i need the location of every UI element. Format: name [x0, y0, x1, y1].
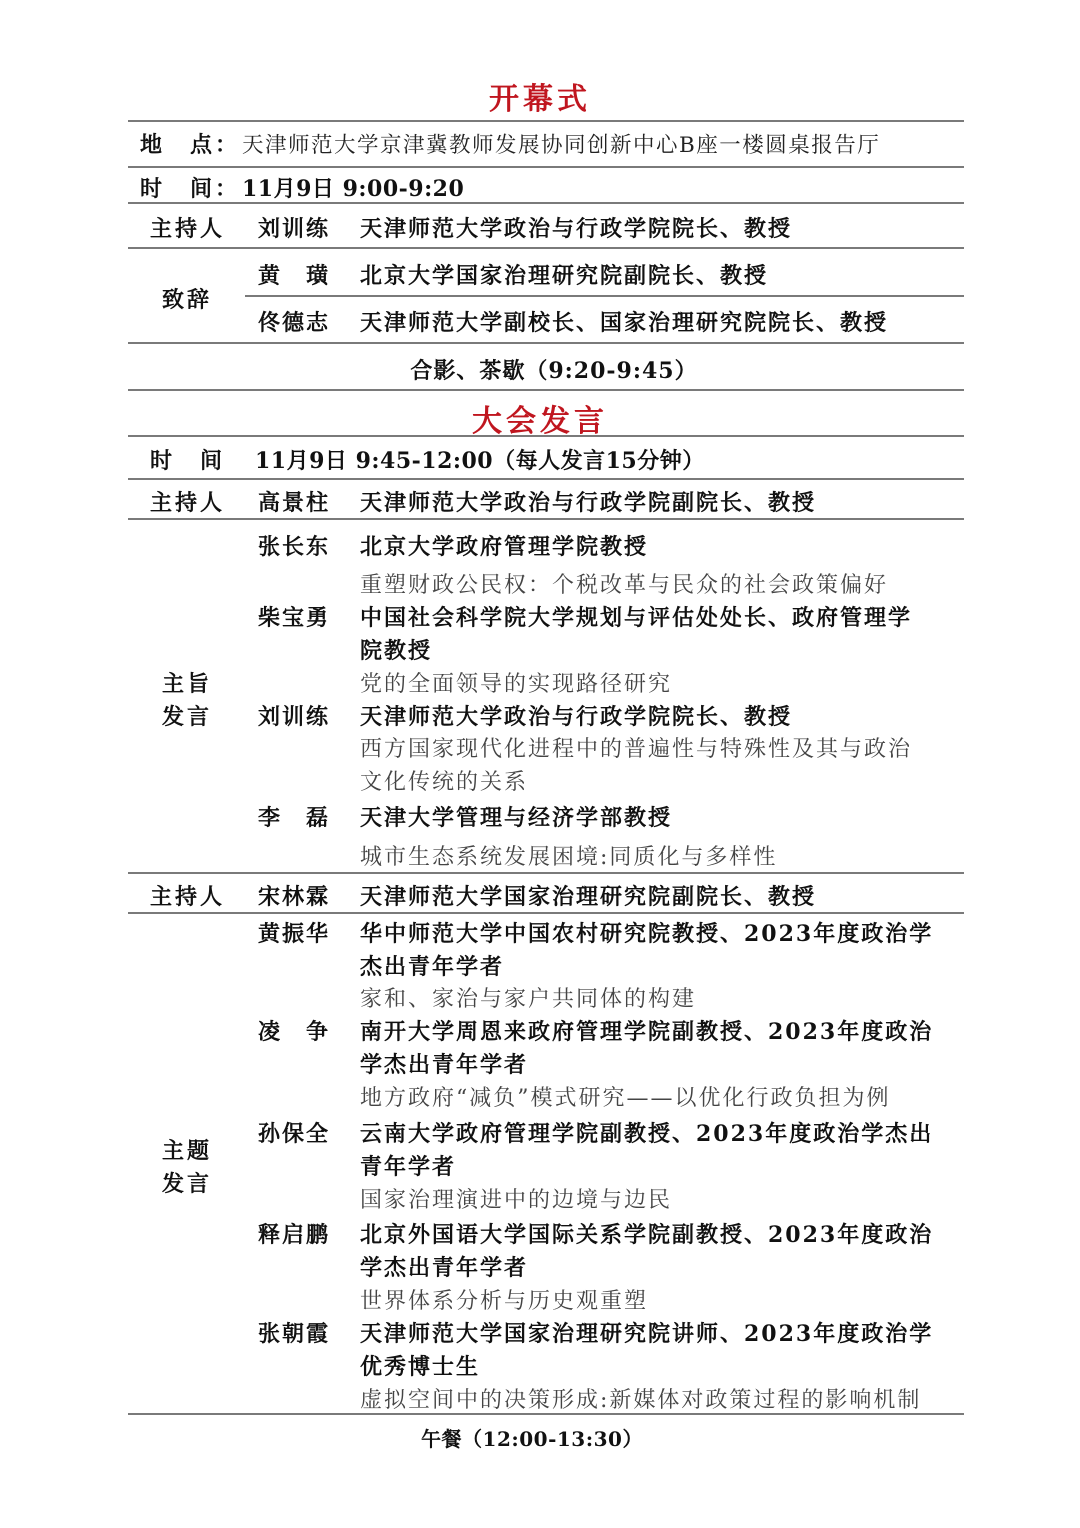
speaker-name: 李 磊 — [258, 801, 330, 832]
host1-role: 主持人 — [150, 486, 225, 517]
speaker-name: 刘训练 — [258, 700, 330, 731]
location-label: 地 点： — [140, 128, 240, 159]
speaker-topic: 虚拟空间中的决策形成:新媒体对政策过程的影响机制 — [360, 1383, 921, 1414]
divider — [128, 166, 964, 168]
host-name: 刘训练 — [258, 212, 330, 243]
break-notice: 合影、茶歇（9:20-9:45） — [14, 354, 1080, 385]
plenary-section-title: 大会发言 — [0, 396, 1080, 440]
speaker-title: 北京外国语大学国际关系学院副教授、2023年度政治 — [360, 1218, 933, 1249]
speaker-name: 张朝霞 — [258, 1317, 330, 1348]
divider — [128, 912, 964, 914]
divider — [128, 478, 964, 480]
divider — [128, 1413, 964, 1415]
host2-name: 宋林霖 — [258, 880, 330, 911]
time-value: 11月9日 9:00-9:20 — [242, 172, 464, 203]
speaker-name: 黄振华 — [258, 917, 330, 948]
speaker-topic: 国家治理演进中的边境与边民 — [360, 1183, 672, 1214]
speaker-name: 释启鹏 — [258, 1218, 330, 1249]
speaker-title: 天津师范大学政治与行政学院院长、教授 — [360, 700, 792, 731]
speaker-title: 南开大学周恩来政府管理学院副教授、2023年度政治 — [360, 1015, 933, 1046]
opening-section-title: 开幕式 — [0, 74, 1080, 118]
speaker-topic: 西方国家现代化进程中的普遍性与特殊性及其与政治 — [360, 732, 912, 763]
speaker-title-cont: 青年学者 — [360, 1150, 456, 1181]
theme-role-line2: 发言 — [162, 1167, 212, 1198]
divider — [128, 389, 964, 391]
host1-title: 天津师范大学政治与行政学院副院长、教授 — [360, 486, 816, 517]
location-value: 天津师范大学京津冀教师发展协同创新中心B座一楼圆桌报告厅 — [242, 128, 880, 159]
host2-role: 主持人 — [150, 880, 225, 911]
speaker-topic: 地方政府“减负”模式研究——以优化行政负担为例 — [360, 1081, 891, 1112]
speech-name-2: 佟德志 — [258, 306, 330, 337]
divider — [128, 872, 964, 874]
speaker-title: 天津大学管理与经济学部教授 — [360, 801, 672, 832]
divider — [128, 435, 964, 437]
speaker-name: 孙保全 — [258, 1117, 330, 1148]
speaker-title: 中国社会科学院大学规划与评估处处长、政府管理学 — [360, 601, 912, 632]
speaker-name: 凌 争 — [258, 1015, 330, 1046]
host-role: 主持人 — [150, 212, 225, 243]
speaker-name: 张长东 — [258, 530, 330, 561]
speaker-title-cont: 院教授 — [360, 634, 432, 665]
host1-name: 高景柱 — [258, 486, 330, 517]
speaker-title: 北京大学政府管理学院教授 — [360, 530, 648, 561]
speaker-title-cont: 杰出青年学者 — [360, 950, 504, 981]
speech-title-1: 北京大学国家治理研究院副院长、教授 — [360, 259, 768, 290]
keynote-role-line1: 主旨 — [162, 667, 212, 698]
speaker-topic: 党的全面领导的实现路径研究 — [360, 667, 672, 698]
divider — [128, 202, 964, 204]
speaker-topic: 家和、家治与家户共同体的构建 — [360, 982, 696, 1013]
speech-name-1: 黄 璜 — [258, 259, 330, 290]
speaker-title: 华中师范大学中国农村研究院教授、2023年度政治学 — [360, 917, 933, 948]
speaker-title-cont: 学杰出青年学者 — [360, 1251, 528, 1282]
speaker-topic: 世界体系分析与历史观重塑 — [360, 1284, 648, 1315]
speech-role: 致辞 — [162, 283, 212, 314]
speaker-title-cont: 优秀博士生 — [360, 1350, 480, 1381]
speaker-topic-cont: 文化传统的关系 — [360, 765, 528, 796]
host2-title: 天津师范大学国家治理研究院副院长、教授 — [360, 880, 816, 911]
keynote-role-line2: 发言 — [162, 700, 212, 731]
time-label: 时 间： — [140, 172, 240, 203]
divider — [128, 518, 964, 520]
speech-title-2: 天津师范大学副校长、国家治理研究院院长、教授 — [360, 306, 888, 337]
plenary-time-value: 11月9日 9:45-12:00（每人发言15分钟） — [255, 444, 705, 475]
inner-divider — [245, 295, 964, 297]
plenary-time-label: 时 间 — [150, 444, 225, 475]
speaker-title: 天津师范大学国家治理研究院讲师、2023年度政治学 — [360, 1317, 933, 1348]
speaker-name: 柴宝勇 — [258, 601, 330, 632]
lunch-notice: 午餐（12:00-13:30） — [0, 1423, 1072, 1452]
divider — [128, 120, 964, 122]
speaker-title-cont: 学杰出青年学者 — [360, 1048, 528, 1079]
speaker-topic: 城市生态系统发展困境:同质化与多样性 — [360, 840, 777, 871]
speaker-topic: 重塑财政公民权：个税改革与民众的社会政策偏好 — [360, 568, 888, 599]
divider — [128, 342, 964, 344]
host-title: 天津师范大学政治与行政学院院长、教授 — [360, 212, 792, 243]
speaker-title: 云南大学政府管理学院副教授、2023年度政治学杰出 — [360, 1117, 933, 1148]
divider — [128, 247, 964, 249]
theme-role-line1: 主题 — [162, 1134, 212, 1165]
